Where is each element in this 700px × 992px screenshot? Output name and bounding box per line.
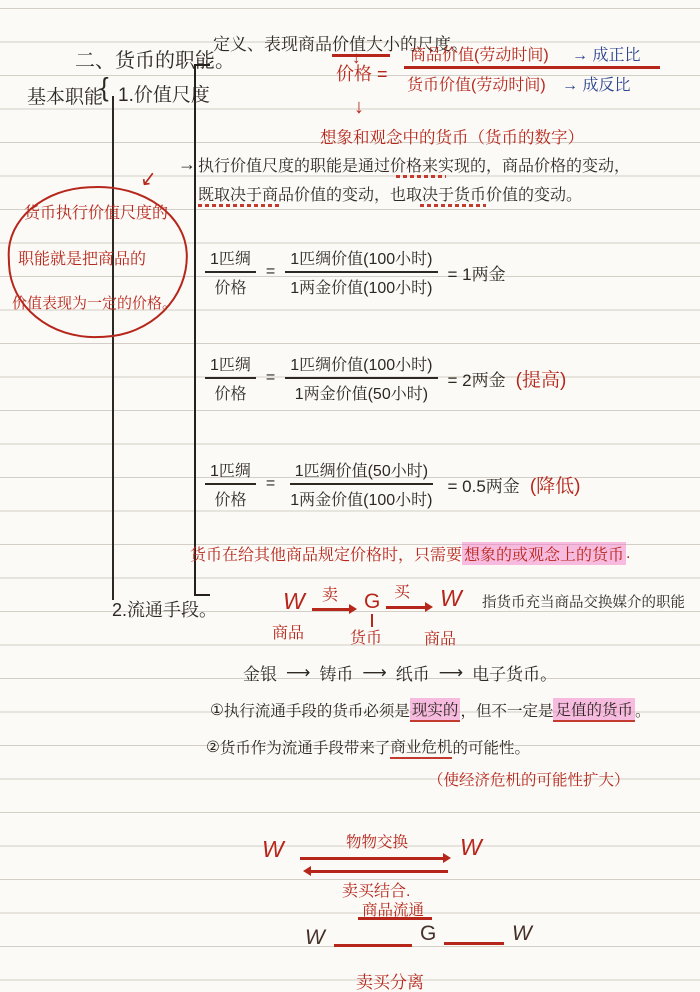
fraction-numerator: 1匹绸价值(100小时): [285, 246, 437, 273]
lhs-top: 1匹绸: [205, 352, 256, 379]
lhs-bottom: 价格: [209, 379, 251, 404]
wavy-underline: [198, 204, 280, 207]
evolution-stage: 铸币: [319, 660, 353, 685]
equation-result: = 1两金: [448, 260, 506, 285]
flow-line: [444, 942, 504, 945]
fraction-denominator: 1两金价值(100小时): [285, 485, 437, 510]
equation-fraction: 1匹绸价值(100小时) 1两金价值(100小时): [285, 246, 437, 298]
outline-vertical-line: [112, 96, 114, 600]
label-underline: [358, 917, 432, 920]
price-label: 价格 =: [336, 60, 388, 86]
equation-lhs: 1匹绸 价格: [205, 352, 256, 404]
page-title: 二、货币的职能。: [75, 44, 235, 73]
evolution-stage: 金银: [243, 660, 277, 685]
money-evolution-chain: 金银 ⟶ 铸币 ⟶ 纸币 ⟶ 电子货币。: [243, 660, 557, 685]
equation-lhs: 1匹绸 价格: [205, 246, 256, 298]
circle-note-line: 职能就是把商品的: [18, 246, 146, 269]
price-denominator: 货币价值(劳动时间): [407, 72, 546, 95]
lhs-bottom: 价格: [209, 273, 251, 298]
equation-fraction: 1匹绸价值(100小时) 1两金价值(50小时): [285, 352, 437, 404]
money-label: 货币: [350, 625, 382, 648]
paragraph-line: 执行价值尺度的职能是通过价格来实现的，商品价格的变动，: [198, 153, 630, 176]
fraction-numerator: 1匹绸价值(50小时): [290, 458, 433, 485]
point-highlight: 现实的: [410, 698, 461, 722]
commodity-label: 商品: [272, 620, 304, 643]
equation-lhs: 1匹绸 价格: [205, 458, 256, 510]
fraction-denominator: 1两金价值(100小时): [285, 273, 437, 298]
notebook-page: 二、货币的职能。 基本职能 { 1.价值尺度 定义、表现商品价值大小的尺度。 ↓…: [0, 0, 700, 992]
equation-annotation: (降低): [530, 471, 581, 498]
lhs-top: 1匹绸: [205, 246, 256, 273]
commodity-symbol-w: W: [440, 585, 462, 612]
point-text: 货币作为流通手段带来了: [220, 736, 391, 758]
imaginary-money-note: 想象和观念中的货币（货币的数字）: [320, 124, 584, 148]
curved-arrow-icon: ↙: [138, 165, 158, 192]
commodity-symbol-w: W: [460, 834, 482, 861]
commodity-symbol-w: W: [512, 922, 532, 946]
point-text: 。: [635, 699, 651, 721]
point-underlined: 商业危机: [390, 735, 452, 759]
barter-arrow-right: [300, 857, 448, 860]
red-summary-prefix: 货币在给其他商品规定价格时，只需要: [190, 542, 462, 565]
equals-sign: =: [266, 369, 275, 387]
fraction-numerator: 1匹绸价值(100小时): [285, 352, 437, 379]
fraction-denominator: 1两金价值(50小时): [290, 379, 433, 404]
crisis-note: （使经济危机的可能性扩大）: [428, 768, 630, 790]
lhs-bottom: 价格: [209, 485, 251, 510]
evolution-stage: 纸币: [396, 660, 430, 685]
outline-basic-functions-label: 基本职能: [27, 82, 103, 109]
arrow-icon: ⟶: [362, 663, 386, 683]
evolution-stage: 电子货币。: [472, 660, 557, 685]
commodity-symbol-w: W: [305, 926, 325, 950]
equals-sign: =: [266, 475, 275, 493]
arrow-icon: ⟶: [439, 663, 463, 683]
equation-fraction: 1匹绸价值(50小时) 1两金价值(100小时): [285, 458, 437, 510]
equation-result: = 2两金: [448, 366, 506, 391]
down-arrow-icon: ↓: [354, 96, 364, 119]
sell-label: 卖: [322, 582, 338, 605]
emphasis-underline: [332, 54, 390, 57]
red-summary-highlight: 想象的或观念上的货币: [462, 542, 626, 565]
branch-arrow-icon: →: [178, 154, 196, 175]
commodity-symbol-w: W: [283, 588, 305, 615]
point-highlight: 足值的货币: [553, 698, 635, 722]
proportional-note: → 成正比: [572, 42, 640, 65]
flow-line: [334, 944, 412, 947]
barter-label: 物物交换: [346, 830, 408, 852]
money-symbol-g: G: [420, 922, 436, 946]
equals-sign: =: [266, 263, 275, 281]
circulation-point-1: ① 执行流通手段的货币必须是 现实的 ，但不一定是 足值的货币 。: [210, 698, 650, 722]
point-text: 的可能性。: [452, 736, 530, 758]
arrow-icon: ⟶: [286, 663, 310, 683]
bullet-number: ②: [206, 738, 220, 757]
equation-result: = 0.5两金: [448, 472, 520, 497]
bullet-number: ①: [210, 701, 224, 720]
circulation-point-2: ② 货币作为流通手段带来了 商业危机 的可能性。: [206, 735, 530, 759]
money-symbol-g: G: [364, 590, 380, 614]
lhs-top: 1匹绸: [205, 458, 256, 485]
equation-annotation: (提高): [516, 365, 567, 392]
circle-note-line: 价值表现为一定的价格。: [12, 292, 177, 313]
point-text: ，但不一定是: [460, 699, 553, 721]
barter-arrow-left: [306, 870, 448, 873]
equation-row: 1匹绸 价格 = 1匹绸价值(100小时) 1两金价值(50小时) = 2两金 …: [205, 352, 566, 404]
inverse-note: → 成反比: [562, 72, 630, 95]
price-numerator: 商品价值(劳动时间): [410, 42, 549, 65]
sell-buy-separated-label: 卖买分离: [356, 968, 424, 992]
red-summary-suffix: .: [626, 545, 630, 563]
red-summary-note: 货币在给其他商品规定价格时，只需要想象的或观念上的货币.: [190, 542, 630, 565]
point-text: 执行流通手段的货币必须是: [224, 699, 410, 721]
sell-arrow: [312, 608, 354, 611]
section-brace-line: [194, 64, 210, 596]
buy-label: 买: [394, 579, 410, 602]
wavy-underline: [420, 204, 486, 207]
commodity-symbol-w: W: [262, 836, 284, 863]
equation-row: 1匹绸 价格 = 1匹绸价值(100小时) 1两金价值(100小时) = 1两金: [205, 246, 506, 298]
fraction-bar: [404, 66, 660, 69]
paragraph-line: 既取决于商品价值的变动，也取决于货币价值的变动。: [198, 182, 582, 205]
wavy-underline: [396, 175, 446, 178]
brace-icon: {: [100, 72, 109, 103]
outline-item-circulation: 2.流通手段。: [112, 596, 217, 622]
commodity-label: 商品: [424, 626, 456, 649]
circle-note-line: 货币执行价值尺度的: [24, 200, 168, 223]
buy-arrow: [386, 606, 430, 609]
equation-row: 1匹绸 价格 = 1匹绸价值(50小时) 1两金价值(100小时) = 0.5两…: [205, 458, 580, 510]
circulation-definition: 指货币充当商品交换媒介的职能: [482, 591, 685, 612]
